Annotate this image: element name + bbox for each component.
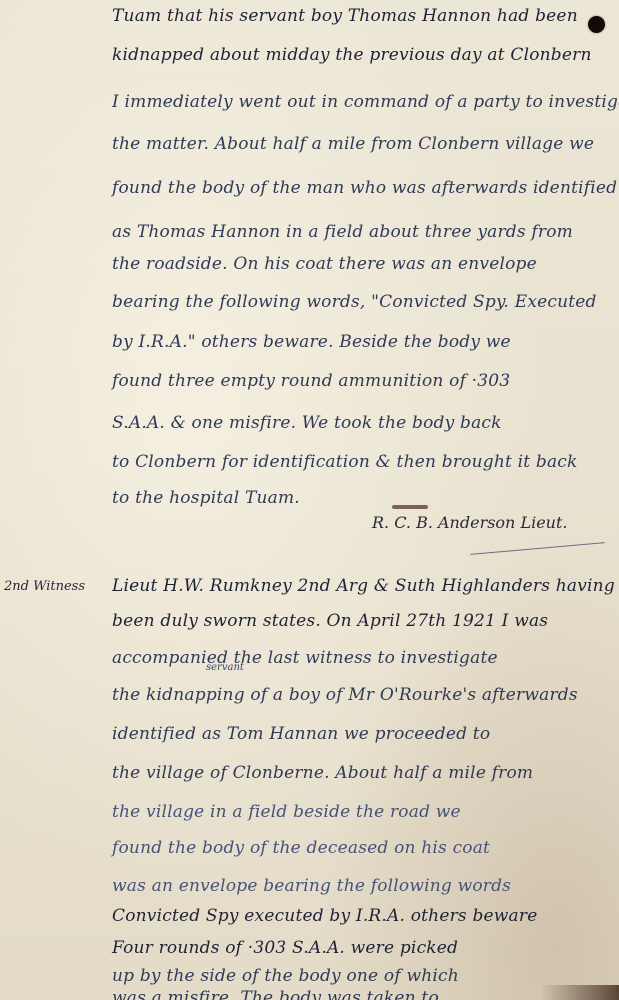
text-line: the village in a field beside the road w… [112,802,461,822]
text-line: kidnapped about midday the previous day … [112,45,592,65]
margin-label: 2nd Witness [4,579,85,594]
text-line: to Clonbern for identification & then br… [112,452,578,472]
text-line: the village of Clonberne. About half a m… [112,763,533,783]
text-line: up by the side of the body one of which [112,966,459,986]
text-line: Four rounds of ·303 S.A.A. were picked [112,938,458,958]
text-line: identified as Tom Hannan we proceeded to [112,724,490,744]
text-line: was an envelope bearing the following wo… [112,876,511,896]
text-line: found three empty round ammunition of ·3… [112,371,510,391]
text-line: the matter. About half a mile from Clonb… [112,134,594,154]
text-line: was a misfire. The body was taken to [112,988,439,1000]
signature-underline [470,542,605,555]
text-line: the roadside. On his coat there was an e… [112,254,537,274]
text-line: Lieut H.W. Rumkney 2nd Arg & Suth Highla… [112,576,615,596]
text-line: been duly sworn states. On April 27th 19… [112,611,548,631]
interlinear-insertion: servant [206,662,244,673]
punch-hole [588,16,605,33]
text-line: I immediately went out in command of a p… [112,92,619,112]
text-line: Convicted Spy executed by I.R.A. others … [112,906,537,926]
text-line: S.A.A. & one misfire. We took the body b… [112,413,502,433]
text-line: found the body of the man who was afterw… [112,178,617,198]
ink-smudge [392,505,428,509]
text-line: the kidnapping of a boy of Mr O'Rourke's… [112,685,578,705]
text-line: accompanied the last witness to investig… [112,648,498,668]
text-line: by I.R.A." others beware. Beside the bod… [112,332,511,352]
text-line: as Thomas Hannon in a field about three … [112,222,573,242]
signature: R. C. B. Anderson Lieut. [372,513,567,532]
text-line: to the hospital Tuam. [112,488,300,508]
text-line: Tuam that his servant boy Thomas Hannon … [112,6,578,26]
text-line: found the body of the deceased on his co… [112,838,490,858]
document-page: Tuam that his servant boy Thomas Hannon … [0,0,619,1000]
text-line: bearing the following words, "Convicted … [112,292,597,312]
paper-stain [540,985,619,1000]
